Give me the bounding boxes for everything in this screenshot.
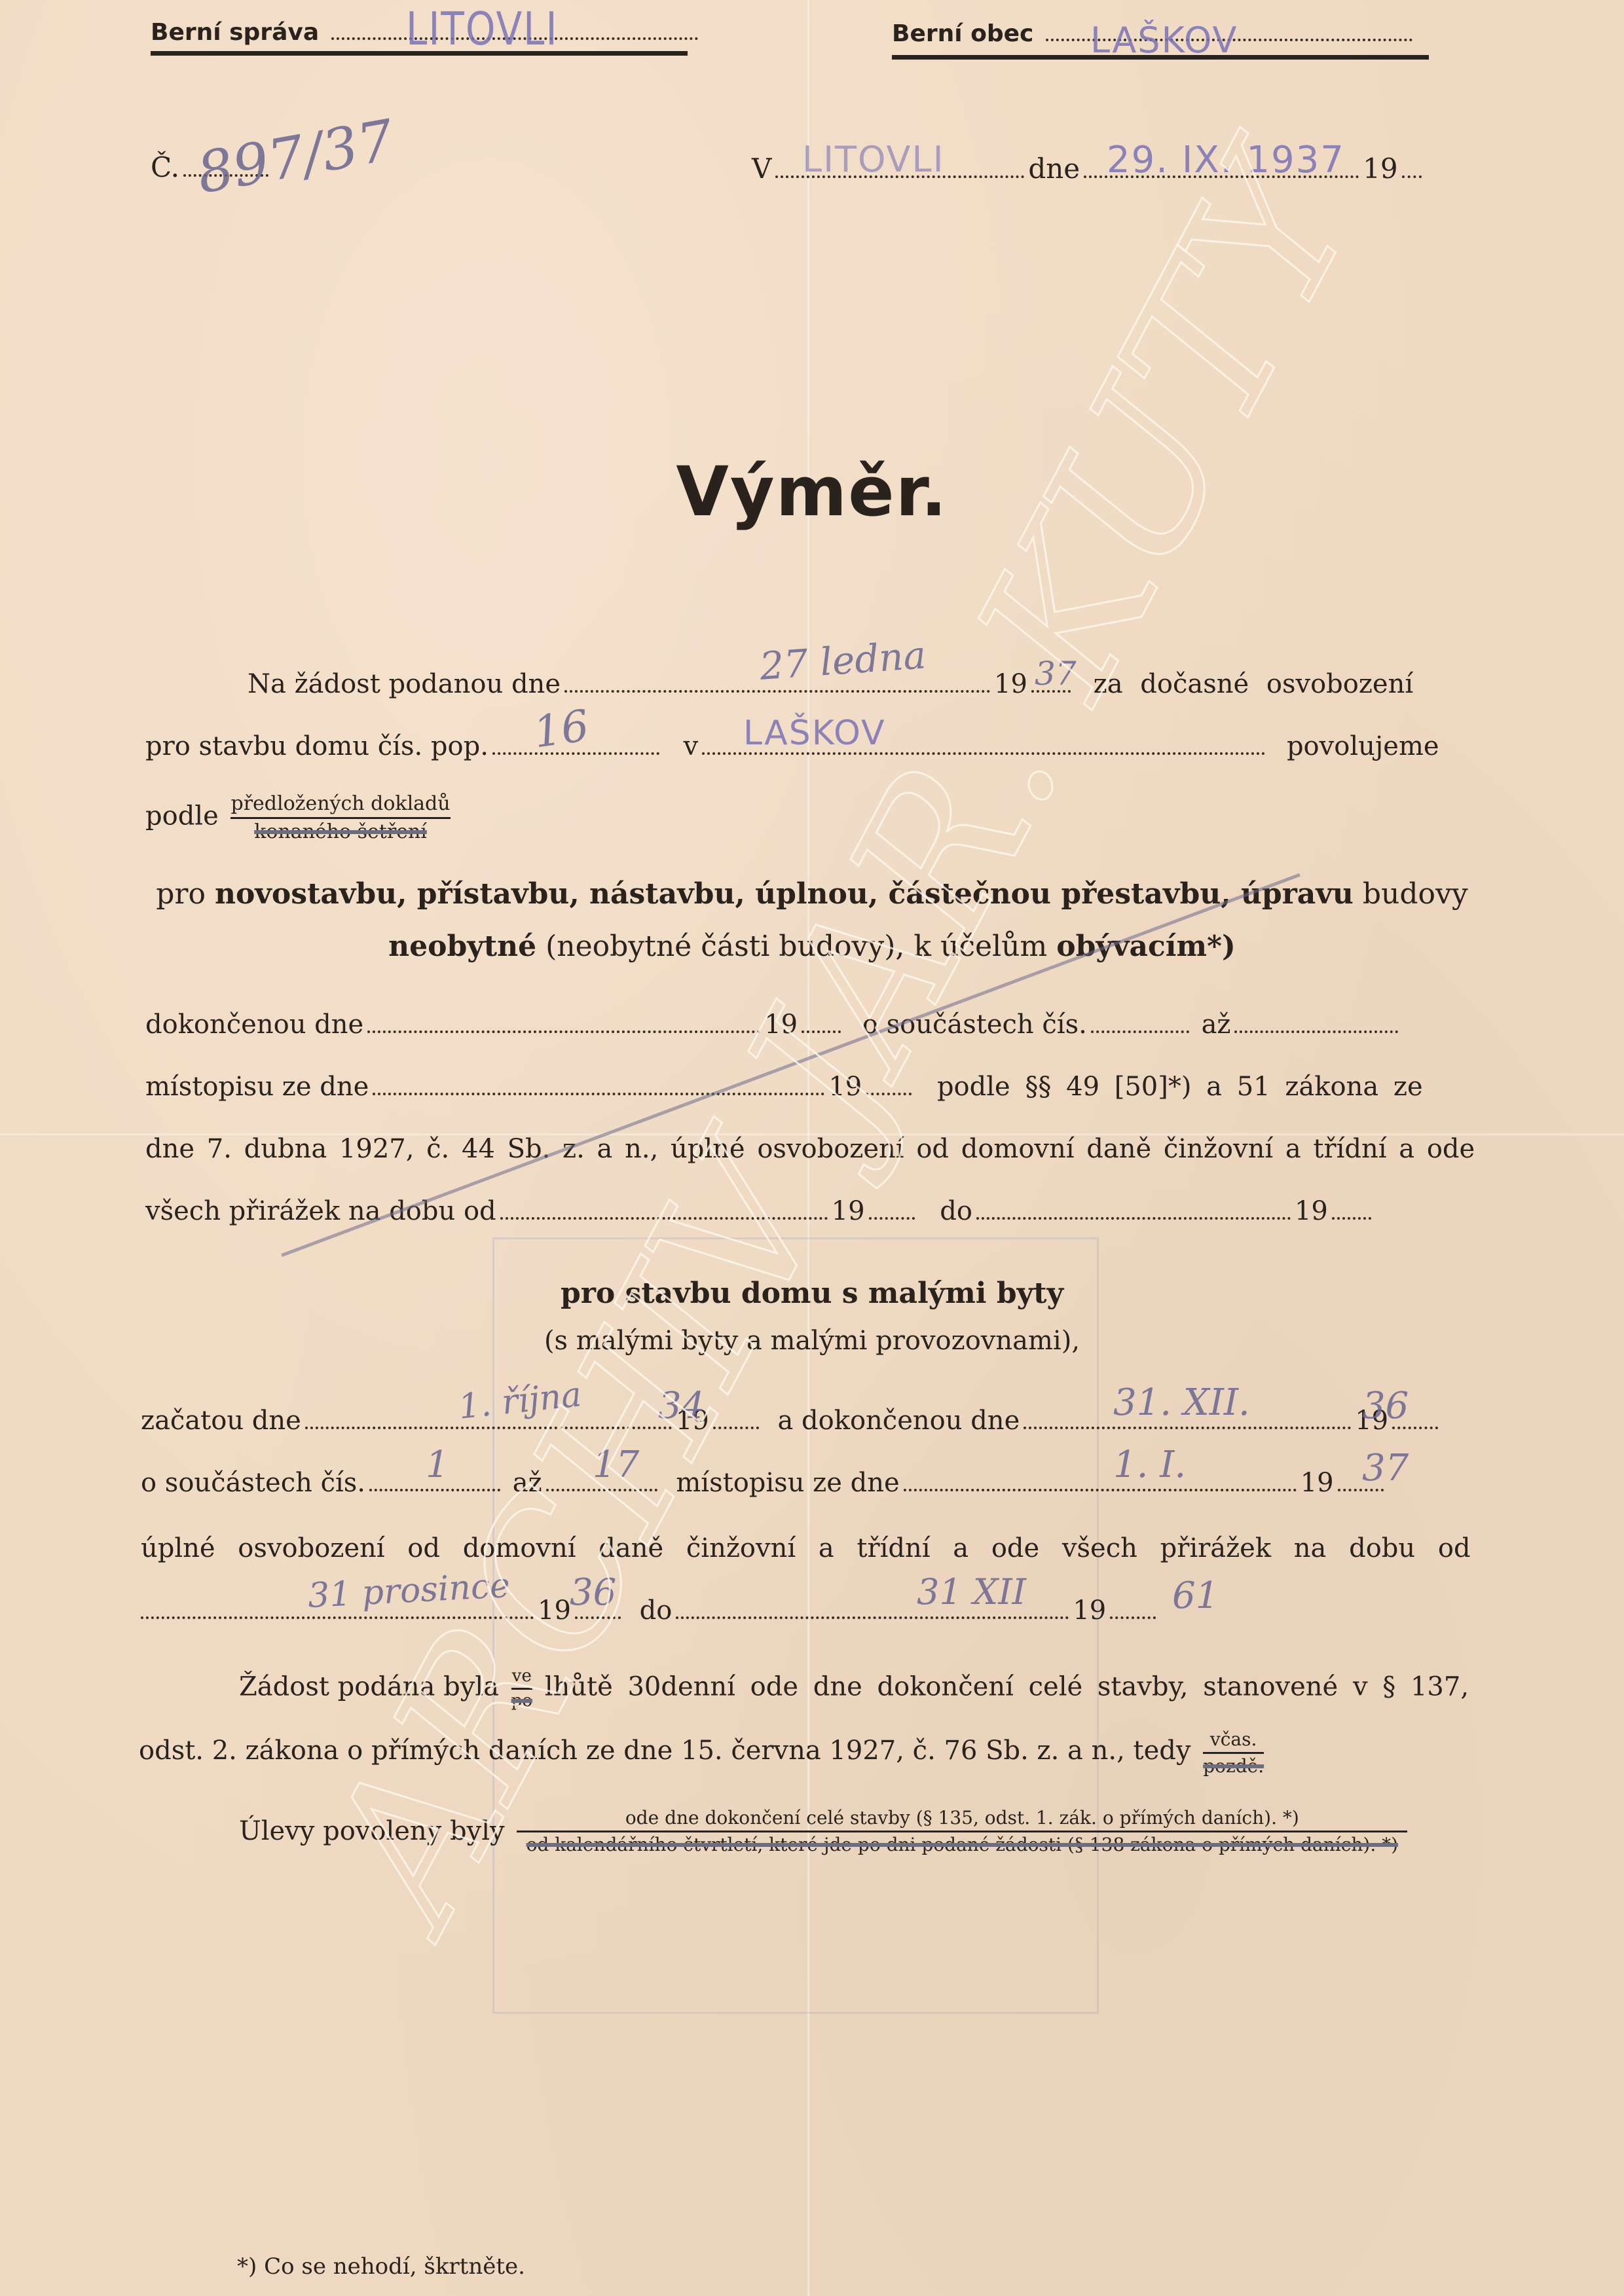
parts-label-2: o součástech čís. <box>141 1468 365 1498</box>
relief-option-quarter-struck: od kalendářního čtvrtletí, které jde po … <box>526 1834 1398 1856</box>
completed-date-dotted-line <box>367 1030 760 1033</box>
house-number-handwritten: 16 <box>530 701 592 758</box>
survey-date-label: místopisu ze dne <box>145 1072 369 1102</box>
period-to-year-dotted-line <box>1332 1217 1371 1220</box>
law-timeliness-text: odst. 2. zákona o přímých daních ze dne … <box>139 1736 1190 1766</box>
period-to-dotted-line <box>976 1217 1291 1220</box>
parts-to-dotted-line <box>1234 1030 1398 1033</box>
law-timeliness-line: odst. 2. zákona o přímých daních ze dne … <box>139 1728 1268 1777</box>
application-date-label: Na žádost podanou dne <box>248 669 561 699</box>
started-date-label: začatou dne <box>141 1406 301 1436</box>
timely-late-divider <box>1203 1752 1264 1754</box>
house-place-stamp: LAŠKOV <box>743 714 886 753</box>
place-label: V <box>752 153 771 185</box>
year-dotted-line <box>1402 175 1422 178</box>
completed-date-handwritten: 31. XII. <box>1113 1381 1250 1424</box>
house-number-label: pro stavbu domu čís. pop. <box>145 731 489 761</box>
filing-deadline-text: lhůtě 30denní ode dne dokončení celé sta… <box>545 1672 1469 1702</box>
completed-label: a dokončenou dne <box>777 1406 1020 1436</box>
parts-from-handwritten: 1 <box>426 1444 449 1486</box>
place-stamp: LITOVLI <box>802 139 945 180</box>
period-to-year-prefix: 19 <box>1295 1196 1328 1226</box>
residential-purpose-bold: obývacím*) <box>1056 930 1236 963</box>
relief-options: ode dne dokončení celé stavby (§ 135, od… <box>517 1807 1407 1855</box>
construction-building: budovy <box>1363 877 1468 911</box>
parts-survey-line: o součástech čís. až místopisu ze dne19 <box>141 1470 1388 1496</box>
place-in-label: v <box>684 731 699 761</box>
period-to-year-dotted-line-2 <box>1110 1616 1156 1619</box>
tax-office-label: Berní správa <box>151 19 319 46</box>
year-prefix: 19 <box>1363 153 1397 185</box>
basis-option-documents: předložených dokladů <box>231 792 450 816</box>
tax-office-stamp: LITOVLI <box>406 2 559 56</box>
relief-options-divider <box>517 1831 1407 1832</box>
completed-date-label: dokončenou dne <box>145 1010 363 1040</box>
survey-date-handwritten: 1. I. <box>1113 1444 1186 1486</box>
non-residential-bold: neobytné <box>388 930 536 963</box>
permit-verb: povolujeme <box>1287 731 1439 761</box>
option-late-struck: pozdě. <box>1203 1755 1264 1777</box>
completed-dotted-line <box>1024 1427 1351 1429</box>
tax-municipality-label: Berní obec <box>892 20 1033 47</box>
house-number-dotted-line <box>492 752 659 755</box>
period-to-year-handwritten: 61 <box>1172 1575 1219 1617</box>
period-to-dotted-line-2 <box>676 1616 1069 1619</box>
basis-option-investigation-struck: konaného šetření <box>254 820 427 844</box>
page-title: Výměr. <box>0 452 1624 532</box>
period-to-handwritten: 31 XII <box>917 1571 1026 1613</box>
basis-option-divider <box>231 817 450 819</box>
parts-to-label: až <box>1202 1010 1231 1040</box>
completed-year-handwritten: 36 <box>1362 1385 1409 1427</box>
reference-number-label: Č. <box>151 151 179 183</box>
tax-office-rule <box>151 51 688 56</box>
footnote: *) Co se nehodí, škrtněte. <box>237 2255 525 2278</box>
period-to-label: do <box>940 1196 972 1226</box>
basis-line: podle předložených dokladů konaného šetř… <box>145 792 454 844</box>
basis-label: podle <box>145 801 219 831</box>
timely-late-options: včas. pozdě. <box>1203 1728 1264 1777</box>
law-reference: podle §§ 49 [50]*) a 51 zákona ze <box>937 1072 1423 1102</box>
construction-pro: pro <box>156 877 206 911</box>
option-timely: včas. <box>1210 1728 1257 1751</box>
period-from-year-dotted-line <box>869 1217 915 1220</box>
date-label: dne <box>1028 153 1080 185</box>
tax-municipality-rule <box>892 55 1429 60</box>
survey-dotted-line-2 <box>904 1489 1297 1491</box>
survey-year-prefix-2: 19 <box>1301 1468 1334 1498</box>
period-to-year-prefix-2: 19 <box>1073 1595 1106 1626</box>
parts-dotted-line <box>1091 1030 1189 1033</box>
basis-options: předložených dokladů konaného šetření <box>231 792 450 844</box>
relief-option-completion: ode dne dokončení celé stavby (§ 135, od… <box>625 1807 1299 1829</box>
survey-year-handwritten: 37 <box>1362 1447 1409 1489</box>
full-exemption-line: úplné osvobození od domovní daně činžovn… <box>141 1535 1471 1561</box>
exemption-period-label: všech přirážek na dobu od <box>145 1196 496 1226</box>
